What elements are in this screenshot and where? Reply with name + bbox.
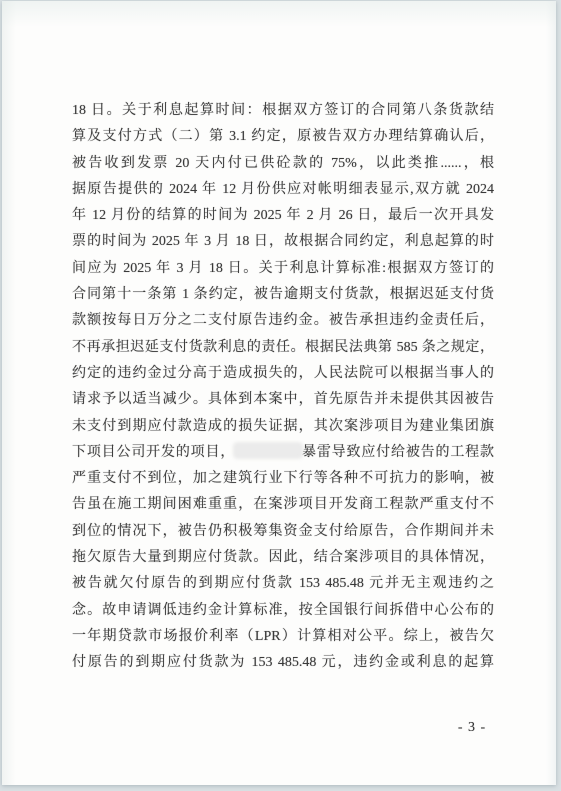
text-line: 算及支付方式（二）第 3.1 约定，原被告双方办理结算确认后， (72, 124, 494, 150)
text-line-prefix: 下项目公司开发的项目， (72, 445, 235, 460)
text-line: 一年期贷款市场报价利率（LPR）计算相对公平。综上，被告欠 (72, 624, 494, 650)
text-line: 付原告的到期应付货款为 153 485.48 元，违约金或利息的起算 (72, 650, 494, 676)
page-number: - 3 - (442, 720, 502, 736)
text-line: 严重支付不到位，加之建筑行业下行等各种不可抗力的影响，被 (72, 466, 494, 492)
document-page: 18 日。关于利息起算时间：根据双方签订的合同第八条货款结算及支付方式（二）第 … (2, 1, 556, 785)
text-line: 年 12 月份的结算的时间为 2025 年 2 月 26 日，最后一次开具发 (72, 203, 494, 229)
text-line: 到位的情况下，被告仍积极筹集资金支付给原告，合作期间并未 (72, 519, 494, 545)
text-line: 拖欠原告大量到期应付货款。因此，结合案涉项目的具体情况， (72, 545, 494, 571)
text-line: 请求予以适当减少。具体到本案中，首先原告并未提供其因被告 (72, 387, 494, 413)
text-line: 票的时间为 2025 年 3 月 18 日，故根据合同约定，利息起算的时 (72, 229, 494, 255)
text-line: 18 日。关于利息起算时间：根据双方签订的合同第八条货款结 (72, 98, 494, 124)
text-line: 款额按每日万分之二支付原告违约金。被告承担违约金责任后， (72, 308, 494, 334)
text-line: 间应为 2025 年 3 月 18 日。关于利息计算标准:根据双方签订的 (72, 256, 494, 282)
text-line-suffix: 暴雷导致应付给被告的工程款 (301, 445, 494, 460)
text-line: 告虽在施工期间困难重重，在案涉项目开发商工程款严重支付不 (72, 492, 494, 518)
document-body: 18 日。关于利息起算时间：根据双方签订的合同第八条货款结算及支付方式（二）第 … (72, 98, 494, 677)
text-line: 念。故申请调低违约金计算标准，按全国银行间拆借中心公布的 (72, 598, 494, 624)
text-line: 下项目公司开发的项目，暴雷导致应付给被告的工程款 (72, 440, 494, 466)
text-line: 不再承担迟延支付货款利息的责任。根据民法典第 585 条之规定， (72, 335, 494, 361)
text-line: 据原告提供的 2024 年 12 月份供应对帐明细表显示,双方就 2024 (72, 177, 494, 203)
text-line: 被告收到发票 20 天内付已供砼款的 75%，以此类推......，根 (72, 151, 494, 177)
text-line: 未支付到期应付款造成的损失证据，其次案涉项目为建业集团旗 (72, 414, 494, 440)
text-line: 被告就欠付原告的到期应付货款 153 485.48 元并无主观违约之 (72, 571, 494, 597)
text-line: 约定的违约金过分高于造成损失的，人民法院可以根据当事人的 (72, 361, 494, 387)
scan-background: 18 日。关于利息起算时间：根据双方签订的合同第八条货款结算及支付方式（二）第 … (0, 0, 561, 791)
redaction-blur (235, 444, 301, 457)
text-line: 合同第十一条第 1 条约定，被告逾期支付货款，根据迟延支付货 (72, 282, 494, 308)
